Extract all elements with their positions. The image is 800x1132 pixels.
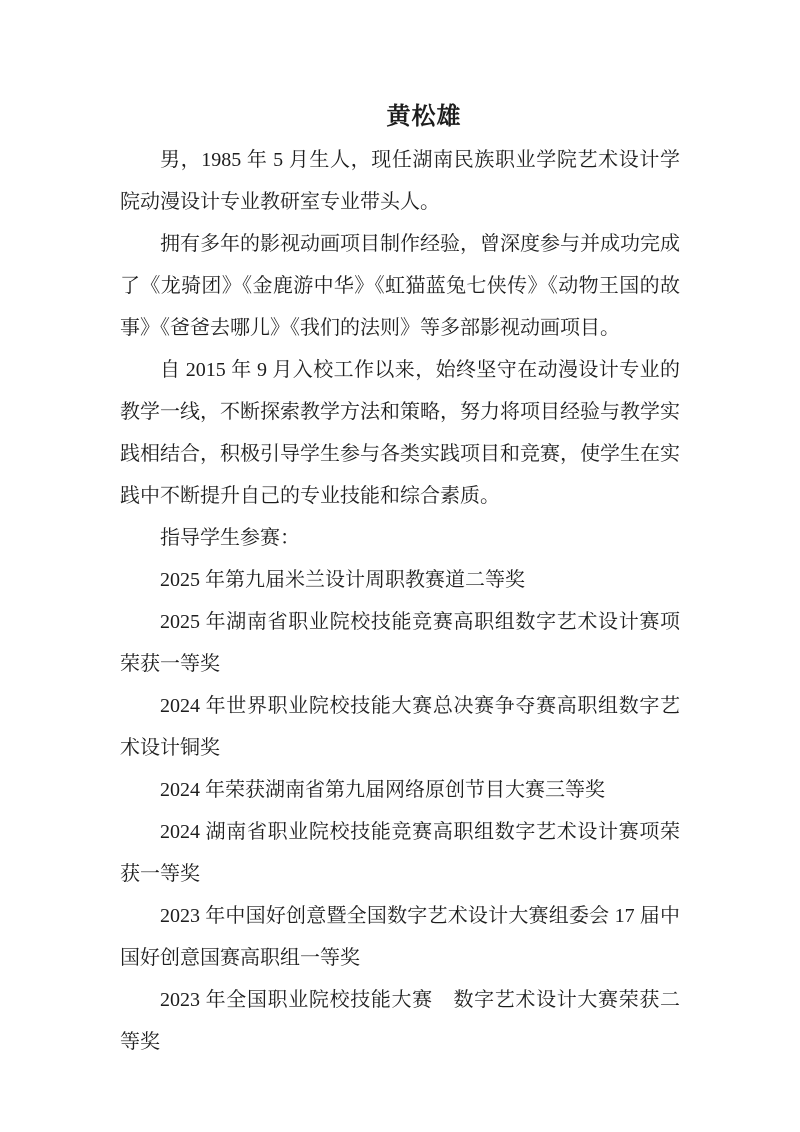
- award-item-2025-hunan: 2025 年湖南省职业院校技能竞赛高职组数字艺术设计赛项荣获一等奖: [120, 601, 680, 685]
- award-item-2023-national: 2023 年全国职业院校技能大赛 数字艺术设计大赛荣获二等奖: [120, 979, 680, 1063]
- document-page: 黄松雄 男，1985 年 5 月生人，现任湖南民族职业学院艺术设计学院动漫设计专…: [0, 0, 800, 1132]
- award-item-2024-network: 2024 年荣获湖南省第九届网络原创节目大赛三等奖: [120, 769, 680, 811]
- award-item-2023-creative: 2023 年中国好创意暨全国数字艺术设计大赛组委会 17 届中国好创意国赛高职组…: [120, 895, 680, 979]
- award-item-2024-world: 2024 年世界职业院校技能大赛总决赛争夺赛高职组数字艺术设计铜奖: [120, 685, 680, 769]
- awards-section-heading: 指导学生参赛：: [120, 517, 680, 559]
- bio-teaching-experience: 自 2015 年 9 月入校工作以来，始终坚守在动漫设计专业的教学一线，不断探索…: [120, 349, 680, 517]
- bio-project-experience: 拥有多年的影视动画项目制作经验，曾深度参与并成功完成了《龙骑团》《金鹿游中华》《…: [120, 223, 680, 349]
- document-title: 黄松雄: [120, 95, 680, 139]
- award-item-2024-hunan: 2024 湖南省职业院校技能竞赛高职组数字艺术设计赛项荣获一等奖: [120, 811, 680, 895]
- bio-basic-info: 男，1985 年 5 月生人，现任湖南民族职业学院艺术设计学院动漫设计专业教研室…: [120, 139, 680, 223]
- award-item-2025-milan: 2025 年第九届米兰设计周职教赛道二等奖: [120, 559, 680, 601]
